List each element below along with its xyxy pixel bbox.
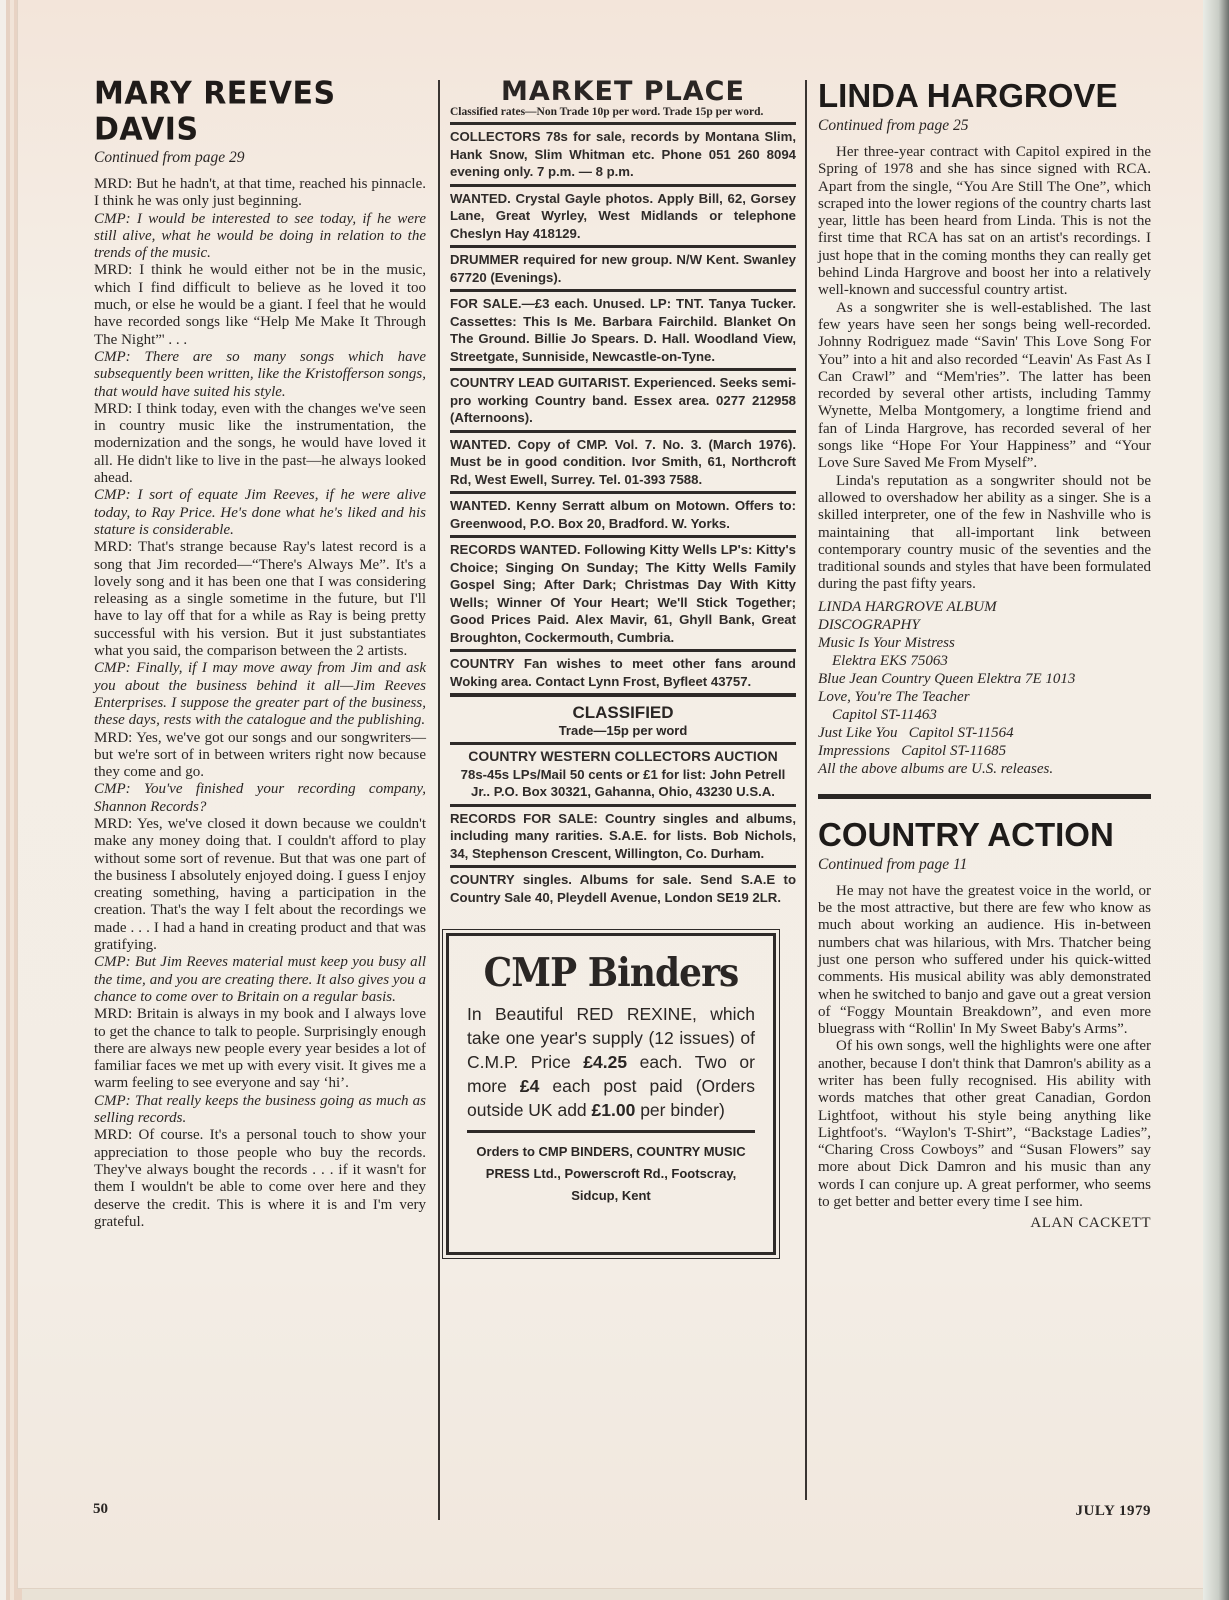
binders-text: per binder) bbox=[635, 1100, 725, 1120]
classified-ads-list: COLLECTORS 78s for sale, records by Mont… bbox=[450, 122, 796, 693]
interviewee-answer: MRD: Britain is always in my book and I … bbox=[94, 1006, 426, 1092]
article-paragraph: Linda's reputation as a songwriter shoul… bbox=[818, 473, 1151, 594]
interviewee-answer: MRD: Of course. It's a personal touch to… bbox=[94, 1127, 426, 1231]
interviewer-question: CMP: Finally, if I may move away from Ji… bbox=[94, 660, 426, 729]
interviewer-question: CMP: I would be interested to see today,… bbox=[94, 211, 426, 263]
article-title: LINDA HARGROVE bbox=[818, 78, 1151, 114]
binders-body: In Beautiful RED REXINE, which take one … bbox=[467, 1002, 755, 1133]
interviewer-question: CMP: But Jim Reeves material must keep y… bbox=[94, 954, 426, 1006]
article-paragraph: Her three-year contract with Capitol exp… bbox=[818, 144, 1151, 300]
continued-note: Continued from page 29 bbox=[94, 148, 426, 168]
right-column: LINDA HARGROVE Continued from page 25 He… bbox=[818, 78, 1151, 1232]
classified-ad: WANTED. Kenny Serratt album on Motown. O… bbox=[450, 491, 796, 535]
interviewee-answer: MRD: That's strange because Ray's latest… bbox=[94, 539, 426, 660]
page-edge-right bbox=[1203, 0, 1229, 1600]
article-title: COUNTRY ACTION bbox=[818, 817, 1151, 853]
classified-ad: COUNTRY singles. Albums for sale. Send S… bbox=[450, 865, 796, 909]
binders-price: £1.00 bbox=[592, 1100, 636, 1120]
classified-ads-list: RECORDS FOR SALE: Country singles and al… bbox=[450, 804, 796, 910]
discography: LINDA HARGROVE ALBUM DISCOGRAPHY Music I… bbox=[818, 598, 1151, 778]
interviewer-question: CMP: There are so many songs which have … bbox=[94, 349, 426, 401]
article-body: Her three-year contract with Capitol exp… bbox=[818, 144, 1151, 594]
discography-heading: DISCOGRAPHY bbox=[818, 616, 1151, 634]
discography-entry: Capitol ST-11463 bbox=[818, 706, 1151, 724]
issue-date: JULY 1979 bbox=[1076, 1503, 1152, 1520]
interviewee-answer: MRD: I think today, even with the change… bbox=[94, 401, 426, 487]
classified-ad: RECORDS WANTED. Following Kitty Wells LP… bbox=[450, 535, 796, 649]
market-place-section: MARKET PLACE Classified rates—Non Trade … bbox=[450, 78, 796, 1255]
interviewer-question: CMP: That really keeps the business goin… bbox=[94, 1093, 426, 1128]
interviewee-answer: MRD: Yes, we've got our songs and our so… bbox=[94, 730, 426, 782]
classified-ad: DRUMMER required for new group. N/W Kent… bbox=[450, 245, 796, 289]
article-paragraph: He may not have the greatest voice in th… bbox=[818, 883, 1151, 1039]
classified-title: CLASSIFIED bbox=[450, 703, 796, 723]
discography-entry: Blue Jean Country Queen Elektra 7E 1013 bbox=[818, 670, 1151, 688]
interviewer-question: CMP: I sort of equate Jim Reeves, if he … bbox=[94, 487, 426, 539]
article-body: He may not have the greatest voice in th… bbox=[818, 883, 1151, 1212]
classified-ad: COUNTRY LEAD GUITARIST. Experienced. See… bbox=[450, 368, 796, 430]
interviewee-answer: MRD: But he hadn't, at that time, reache… bbox=[94, 176, 426, 211]
classified-ad: RECORDS FOR SALE: Country singles and al… bbox=[450, 804, 796, 866]
discography-entry: Impressions Capitol ST-11685 bbox=[818, 742, 1151, 760]
discography-entry: Love, You're The Teacher bbox=[818, 688, 1151, 706]
interviewer-question: CMP: You've finished your recording comp… bbox=[94, 781, 426, 816]
classified-ad: COLLECTORS 78s for sale, records by Mont… bbox=[450, 122, 796, 184]
binders-title: CMP Binders bbox=[479, 950, 744, 996]
classified-ad: COUNTRY WESTERN COLLECTORS AUCTION 78s-4… bbox=[450, 742, 796, 804]
binders-price: £4.25 bbox=[583, 1052, 627, 1072]
discography-entry: Elektra EKS 75063 bbox=[818, 652, 1151, 670]
article-paragraph: Of his own songs, well the highlights we… bbox=[818, 1038, 1151, 1211]
article-mary-reeves-davis: MARY REEVES DAVIS Continued from page 29… bbox=[94, 78, 426, 1231]
column-divider bbox=[805, 80, 807, 1500]
classified-ad: FOR SALE.—£3 each. Unused. LP: TNT. Tany… bbox=[450, 289, 796, 368]
byline: ALAN CACKETT bbox=[818, 1215, 1151, 1232]
binders-orders-address: Orders to CMP BINDERS, COUNTRY MUSIC PRE… bbox=[467, 1133, 755, 1207]
page-number: 50 bbox=[93, 1501, 108, 1518]
discography-heading: LINDA HARGROVE ALBUM bbox=[818, 598, 1151, 616]
classified-ad: COUNTRY Fan wishes to meet other fans ar… bbox=[450, 649, 796, 693]
cmp-binders-ad: CMP Binders In Beautiful RED REXINE, whi… bbox=[446, 933, 776, 1255]
classified-header: CLASSIFIED Trade—15p per word bbox=[450, 693, 796, 742]
article-paragraph: As a songwriter she is well-established.… bbox=[818, 300, 1151, 473]
auction-body: 78s-45s LPs/Mail 50 cents or £1 for list… bbox=[450, 766, 796, 801]
continued-note: Continued from page 11 bbox=[818, 855, 1151, 875]
article-title: MARY REEVES DAVIS bbox=[94, 76, 426, 147]
section-divider bbox=[818, 794, 1151, 799]
discography-entry: All the above albums are U.S. releases. bbox=[818, 760, 1151, 778]
classified-rates: Classified rates—Non Trade 10p per word.… bbox=[450, 106, 796, 118]
column-divider bbox=[438, 80, 440, 1520]
interviewee-answer: MRD: Yes, we've closed it down because w… bbox=[94, 816, 426, 954]
auction-heading: COUNTRY WESTERN COLLECTORS AUCTION bbox=[450, 748, 796, 766]
classified-ad: WANTED. Crystal Gayle photos. Apply Bill… bbox=[450, 184, 796, 246]
interview-body: MRD: But he hadn't, at that time, reache… bbox=[94, 176, 426, 1231]
discography-entry: Just Like You Capitol ST-11564 bbox=[818, 724, 1151, 742]
interviewee-answer: MRD: I think he would either not be in t… bbox=[94, 262, 426, 348]
continued-note: Continued from page 25 bbox=[818, 116, 1151, 136]
classified-ad: WANTED. Copy of CMP. Vol. 7. No. 3. (Mar… bbox=[450, 430, 796, 492]
binders-price: £4 bbox=[520, 1076, 539, 1096]
discography-entry: Music Is Your Mistress bbox=[818, 634, 1151, 652]
classified-subtitle: Trade—15p per word bbox=[450, 723, 796, 742]
section-title: MARKET PLACE bbox=[450, 78, 796, 106]
